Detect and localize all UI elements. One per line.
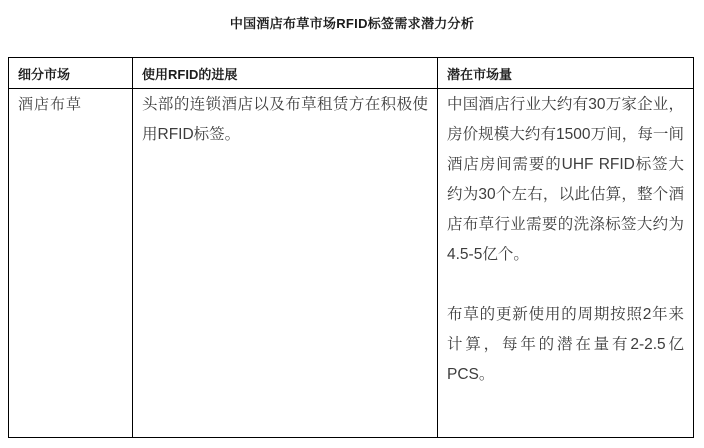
potential-paragraph-1: 中国酒店行业大约有30万家企业，房价规模大约有1500万间，每一间酒店房间需要的… [447,90,684,270]
cell-potential-market: 中国酒店行业大约有30万家企业，房价规模大约有1500万间，每一间酒店房间需要的… [438,89,694,438]
page-title: 中国酒店布草市场RFID标签需求潜力分析 [0,0,704,32]
cell-segment: 酒店布草 [9,89,133,438]
rfid-demand-table: 细分市场 使用RFID的进展 潜在市场量 酒店布草 头部的连锁酒店以及布草租赁方… [8,57,694,438]
header-cell-rfid-progress: 使用RFID的进展 [133,58,438,89]
header-cell-segment: 细分市场 [9,58,133,89]
table-row: 酒店布草 头部的连锁酒店以及布草租赁方在积极使用RFID标签。 中国酒店行业大约… [9,89,694,438]
header-cell-potential-market: 潜在市场量 [438,58,694,89]
cell-rfid-progress: 头部的连锁酒店以及布草租赁方在积极使用RFID标签。 [133,89,438,438]
potential-paragraph-2: 布草的更新使用的周期按照2年来计算，每年的潜在量有2-2.5亿PCS。 [447,300,684,390]
document-page: 中国酒店布草市场RFID标签需求潜力分析 细分市场 使用RFID的进展 潜在市场… [0,0,704,448]
table-header-row: 细分市场 使用RFID的进展 潜在市场量 [9,58,694,89]
